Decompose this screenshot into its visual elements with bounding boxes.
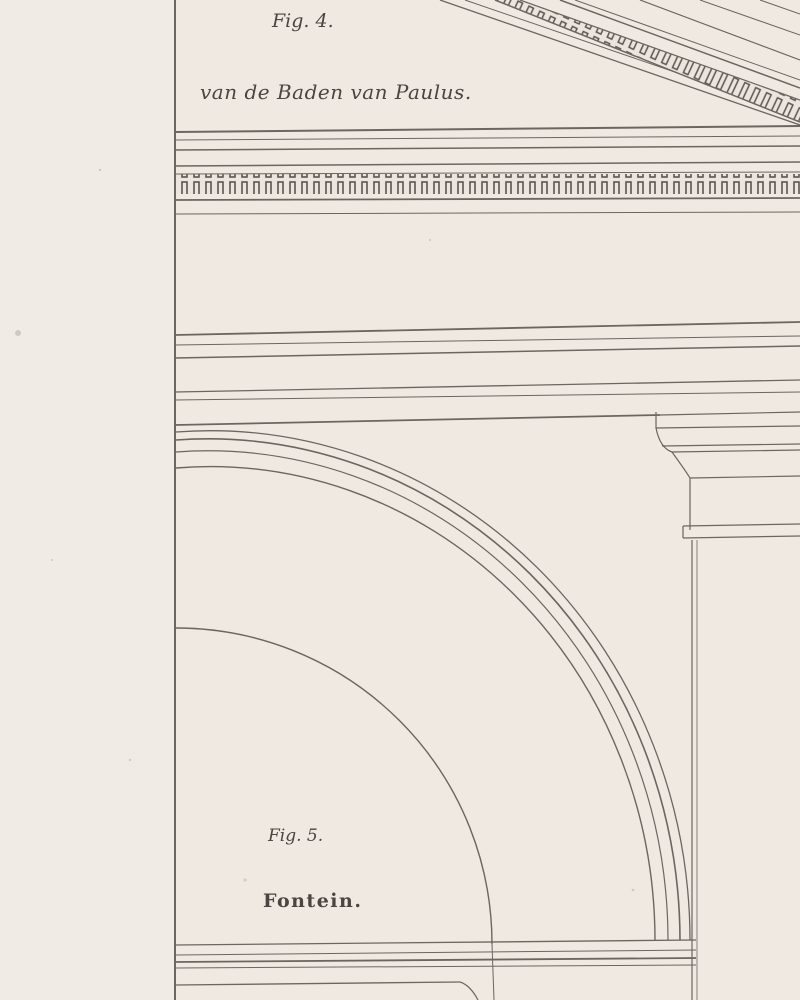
- engraving-plate: Fig. 4. van de Baden van Paulus. Fig. 5.…: [0, 0, 800, 1000]
- fig5-title: Fontein.: [263, 890, 362, 912]
- fig4-label: Fig. 4.: [272, 10, 334, 32]
- base-cornice: [176, 940, 696, 1000]
- fig5-label: Fig. 5.: [268, 826, 323, 846]
- entablature: [175, 126, 800, 214]
- frieze-bands: [175, 322, 800, 425]
- pilaster-capital: [656, 412, 800, 1000]
- archivolt: [176, 431, 690, 940]
- pediment-cornice: [440, 0, 800, 125]
- fig4-title: van de Baden van Paulus.: [200, 80, 472, 104]
- architectural-drawing: [0, 0, 800, 1000]
